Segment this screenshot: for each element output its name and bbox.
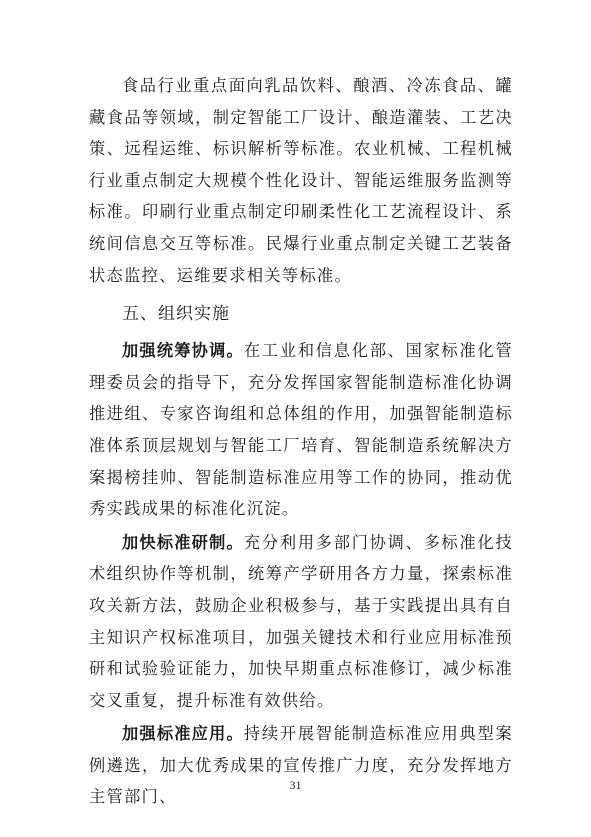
paragraph-body: 充分利用多部门协调、多标准化技术组织协作等机制，统筹产学研用各方力量，探索标准攻…: [89, 533, 513, 710]
paragraph-body: 在工业和信息化部、国家标准化管理委员会的指导下，充分发挥国家智能制造标准化协调推…: [89, 341, 513, 518]
page-number: 31: [0, 778, 591, 793]
paragraph-standard-application: 加强标准应用。持续开展智能制造标准应用典型案例遴选，加大优秀成果的宣传推广力度，…: [89, 718, 513, 813]
paragraph-lead-title: 加快标准研制。: [122, 533, 244, 552]
paragraph-standard-development: 加快标准研制。充分利用多部门协调、多标准化技术组织协作等机制，统筹产学研用各方力…: [89, 527, 513, 717]
paragraph-lead-title: 加强标准应用。: [122, 724, 244, 743]
document-page: 食品行业重点面向乳品饮料、酿酒、冷冻食品、罐藏食品等领域，制定智能工厂设计、酿造…: [89, 70, 513, 813]
paragraph-coordination: 加强统筹协调。在工业和信息化部、国家标准化管理委员会的指导下，充分发挥国家智能制…: [89, 335, 513, 525]
paragraph-lead-title: 加强统筹协调。: [122, 341, 244, 360]
paragraph-food-industry-standards: 食品行业重点面向乳品饮料、酿酒、冷冻食品、罐藏食品等领域，制定智能工厂设计、酿造…: [89, 70, 513, 291]
section-heading: 五、组织实施: [89, 299, 513, 329]
